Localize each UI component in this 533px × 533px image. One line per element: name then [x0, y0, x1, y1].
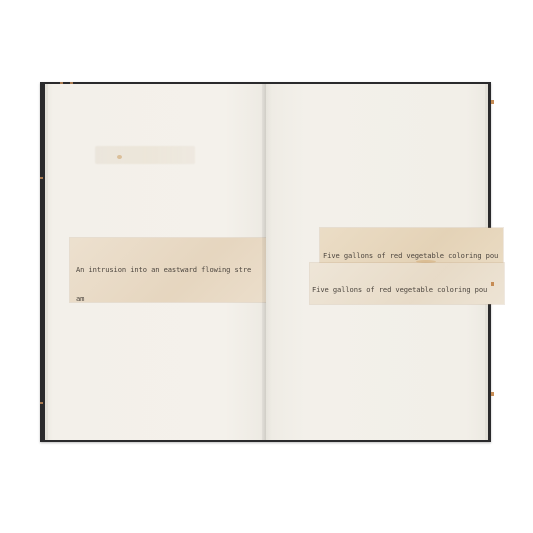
removed-strip-residue — [95, 146, 195, 164]
cover-wear-speck — [491, 100, 494, 104]
open-book: An intrusion into an eastward flowing st… — [40, 82, 491, 442]
typed-line: Five gallons of red vegetable coloring p… — [323, 251, 503, 261]
typed-strip-right-top: Five gallons of red vegetable coloring p… — [320, 228, 503, 263]
left-page: An intrusion into an eastward flowing st… — [45, 84, 266, 440]
typed-strip-right-bottom: Five gallons of red vegetable coloring p… — [310, 263, 504, 304]
cover-wear-speck — [491, 392, 494, 396]
right-page: Five gallons of red vegetable coloring p… — [266, 84, 488, 440]
typed-line: An intrusion into an eastward flowing st… — [76, 265, 268, 275]
cover-wear-speck — [40, 177, 43, 179]
adhesive-stain — [117, 155, 122, 159]
page-edge — [45, 84, 48, 440]
cover-wear-speck — [491, 282, 494, 286]
typed-line: am — [76, 294, 268, 302]
cover-wear-speck — [40, 402, 43, 404]
typed-strip-left: An intrusion into an eastward flowing st… — [70, 238, 268, 302]
typed-line: Five gallons of red vegetable coloring p… — [312, 285, 504, 295]
